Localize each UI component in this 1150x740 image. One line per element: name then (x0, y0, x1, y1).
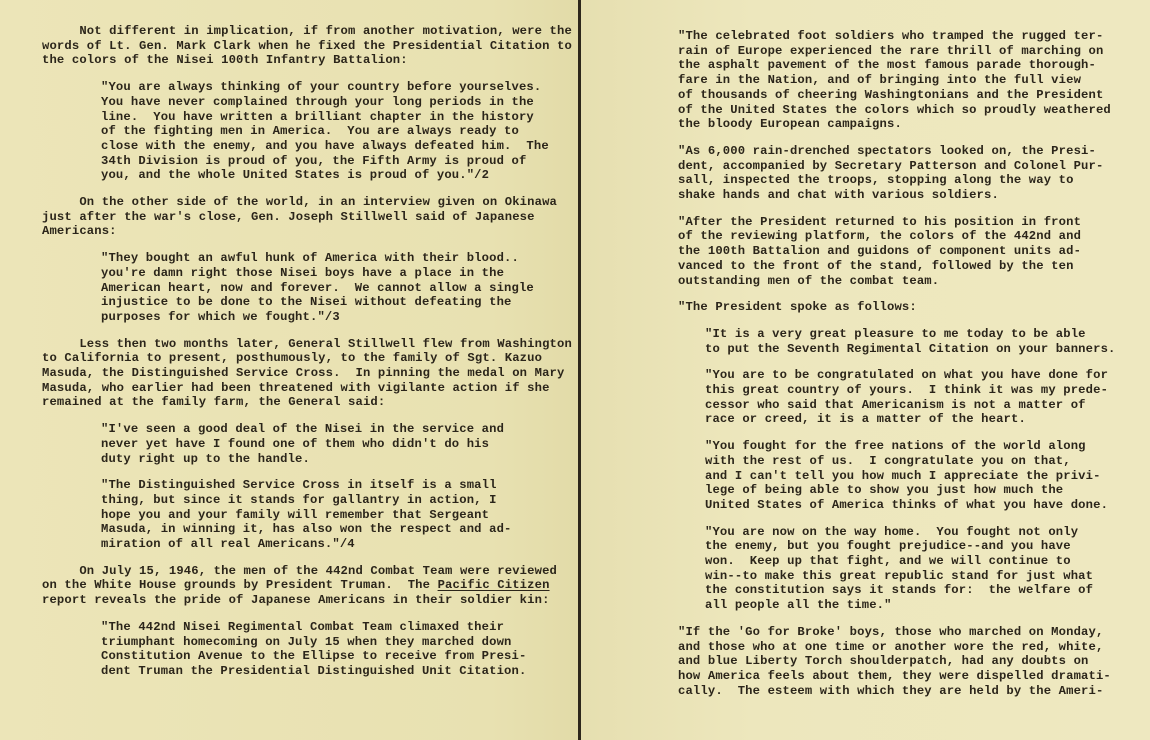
text-line: United States of America thinks of what … (705, 498, 1108, 513)
text-line: thing, but since it stands for gallantry… (101, 493, 497, 508)
text-line: and blue Liberty Torch shoulderpatch, ha… (678, 654, 1089, 669)
text-line: cessor who said that Americanism is not … (705, 398, 1086, 413)
text-line: lege of being able to show you just how … (705, 483, 1063, 498)
text-line: shake hands and chat with various soldie… (678, 188, 999, 203)
text-line: triumphant homecoming on July 15 when th… (101, 635, 512, 650)
text-line: words of Lt. Gen. Mark Clark when he fix… (42, 39, 572, 54)
text-line: of the reviewing platform, the colors of… (678, 229, 1081, 244)
text-line: "You fought for the free nations of the … (705, 439, 1086, 454)
text-line: just after the war's close, Gen. Joseph … (42, 210, 535, 225)
text-line: won. Keep up that fight, and we will con… (705, 554, 1071, 569)
text-line: miration of all real Americans."/4 (101, 537, 355, 552)
text-line: "After the President returned to his pos… (678, 215, 1081, 230)
underlined-publication-title: Pacific Citizen (438, 578, 550, 592)
text-line: sall, inspected the troops, stopping alo… (678, 173, 1074, 188)
text-line: all people all the time." (705, 598, 892, 613)
text-line: "You are to be congratulated on what you… (705, 368, 1108, 383)
text-line: win--to make this great republic stand f… (705, 569, 1093, 584)
right-page: "The celebrated foot soldiers who trampe… (581, 0, 1150, 740)
text-line: this great country of yours. I think it … (705, 383, 1108, 398)
text-line: "They bought an awful hunk of America wi… (101, 251, 519, 266)
text-line: You have never complained through your l… (101, 95, 534, 110)
text-line: and those who at one time or another wor… (678, 640, 1103, 655)
text-line: rain of Europe experienced the rare thri… (678, 44, 1103, 59)
text-line: the bloody European campaigns. (678, 117, 902, 132)
text-line: duty right up to the handle. (101, 452, 310, 467)
text-line: you, and the whole United States is prou… (101, 168, 489, 183)
text-line: fare in the Nation, and of bringing into… (678, 73, 1081, 88)
text-line: remained at the family farm, the General… (42, 395, 385, 410)
text-line: "I've seen a good deal of the Nisei in t… (101, 422, 504, 437)
text-line: how America feels about them, they were … (678, 669, 1111, 684)
text-line: American heart, now and forever. We cann… (101, 281, 534, 296)
text-line: "As 6,000 rain-drenched spectators looke… (678, 144, 1096, 159)
text-line: with the rest of us. I congratulate you … (705, 454, 1071, 469)
text-line: to California to present, posthumously, … (42, 351, 542, 366)
text-line: the colors of the Nisei 100th Infantry B… (42, 53, 408, 68)
text-line: purposes for which we fought."/3 (101, 310, 340, 325)
text-line: On July 15, 1946, the men of the 442nd C… (42, 564, 557, 579)
text-line: Masuda, the Distinguished Service Cross.… (42, 366, 564, 381)
text-line: "You are now on the way home. You fought… (705, 525, 1078, 540)
text-line: to put the Seventh Regimental Citation o… (705, 342, 1116, 357)
text-line: you're damn right those Nisei boys have … (101, 266, 504, 281)
text-line: Masuda, in winning it, has also won the … (101, 522, 512, 537)
text-line: outstanding men of the combat team. (678, 274, 939, 289)
text-line: injustice to be done to the Nisei withou… (101, 295, 512, 310)
text-line: report reveals the pride of Japanese Ame… (42, 593, 550, 608)
text-line: the 100th Battalion and guidons of compo… (678, 244, 1081, 259)
text-line: "The 442nd Nisei Regimental Combat Team … (101, 620, 504, 635)
text-line: of thousands of cheering Washingtonians … (678, 88, 1103, 103)
text-line: the asphalt pavement of the most famous … (678, 58, 1096, 73)
text-line: vanced to the front of the stand, follow… (678, 259, 1074, 274)
text-line: on the White House grounds by President … (42, 578, 550, 593)
text-line: Masuda, who earlier had been threatened … (42, 381, 550, 396)
text-line: the enemy, but you fought prejudice--and… (705, 539, 1071, 554)
text-line: close with the enemy, and you have alway… (101, 139, 549, 154)
text-line: cally. The esteem with which they are he… (678, 684, 1103, 699)
text-line: "The celebrated foot soldiers who trampe… (678, 29, 1103, 44)
text-line: Not different in implication, if from an… (42, 24, 572, 39)
text-line: "If the 'Go for Broke' boys, those who m… (678, 625, 1103, 640)
text-line: "The Distinguished Service Cross in itse… (101, 478, 497, 493)
left-page: Not different in implication, if from an… (0, 0, 578, 740)
text-line: On the other side of the world, in an in… (42, 195, 557, 210)
text-line: and I can't tell you how much I apprecia… (705, 469, 1101, 484)
text-line: Less then two months later, General Stil… (42, 337, 572, 352)
text-line: hope you and your family will remember t… (101, 508, 489, 523)
text-line: 34th Division is proud of you, the Fifth… (101, 154, 526, 169)
text-line: Americans: (42, 224, 117, 239)
text-line: race or creed, it is a matter of the hea… (705, 412, 1026, 427)
text-line: Constitution Avenue to the Ellipse to re… (101, 649, 526, 664)
text-line: line. You have written a brilliant chapt… (101, 110, 534, 125)
text-line: "It is a very great pleasure to me today… (705, 327, 1086, 342)
text-line: dent, accompanied by Secretary Patterson… (678, 159, 1103, 174)
text-line: "You are always thinking of your country… (101, 80, 541, 95)
text-line: the constitution says it stands for: the… (705, 583, 1093, 598)
text-line: of the fighting men in America. You are … (101, 124, 519, 139)
text-line: "The President spoke as follows: (678, 300, 917, 315)
text-line: of the United States the colors which so… (678, 103, 1111, 118)
text-line: never yet have I found one of them who d… (101, 437, 489, 452)
text-line: dent Truman the Presidential Distinguish… (101, 664, 526, 679)
